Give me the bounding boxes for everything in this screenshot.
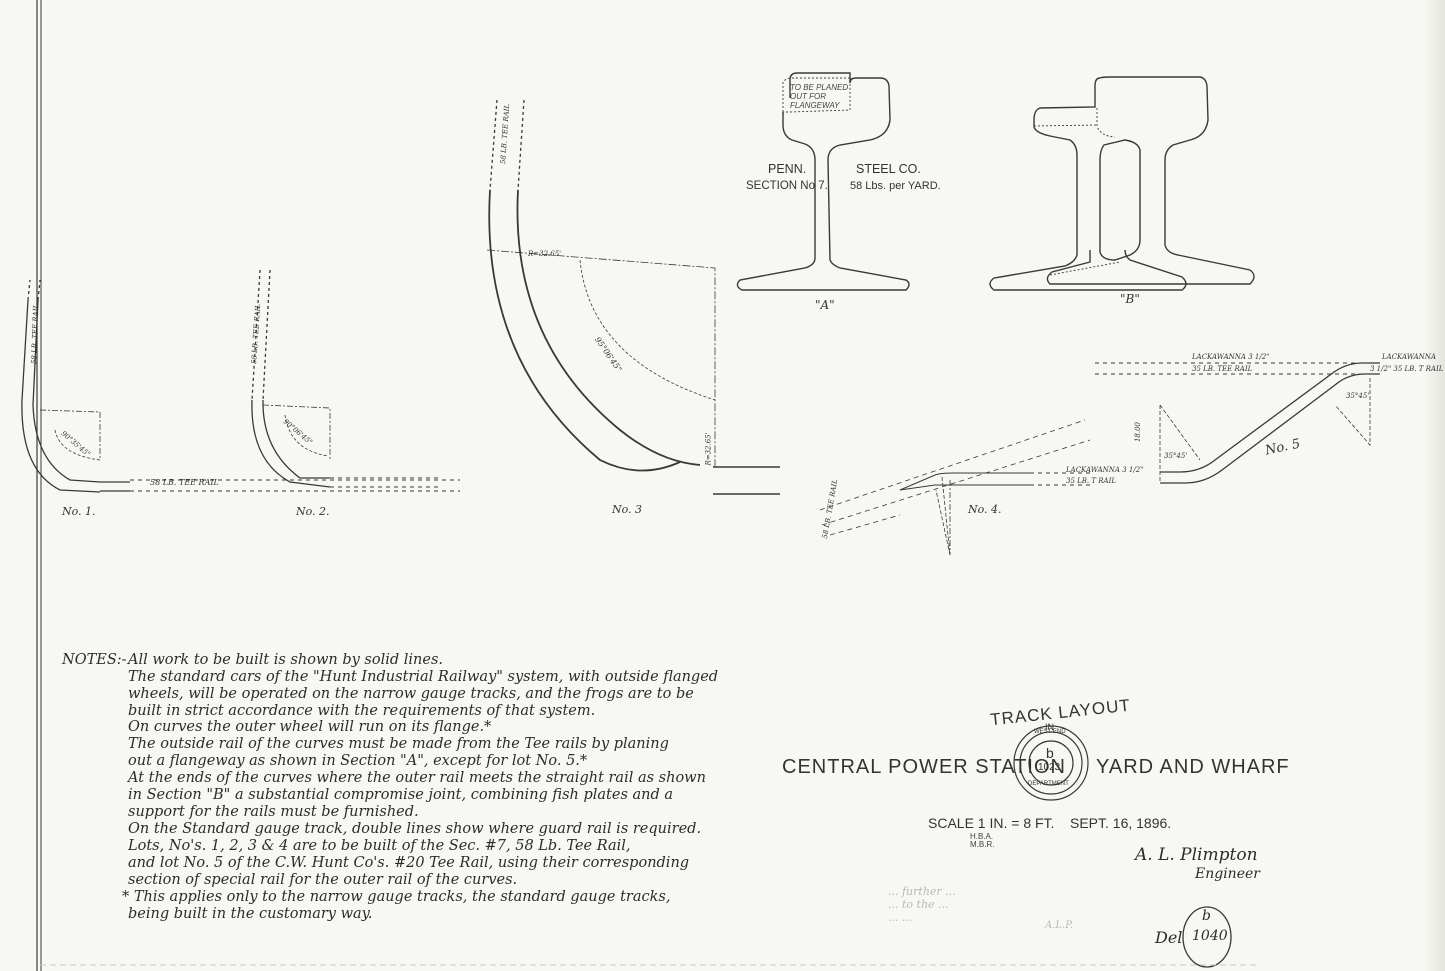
ref-number-top: b (1202, 908, 1211, 924)
stamp-top-text: WEST END (1034, 729, 1066, 735)
layout-no1-rail: 58 LB. TEE RAIL (150, 478, 219, 487)
note-line: At the ends of the curves where the oute… (128, 770, 706, 787)
stamp-bottom-text: DEPARTMENT (1028, 781, 1069, 787)
layout-no4-rail-b: LACKAWANNA 3 1/2" (1066, 466, 1143, 474)
section-a-number: SECTION No 7. (746, 180, 828, 192)
paper-edge (1425, 0, 1445, 971)
layout-no3 (487, 100, 780, 494)
layout-no4-label: No. 4. (968, 503, 1002, 516)
section-a-label: "A" (815, 298, 835, 312)
layout-no5-rail-top2: 35 LB. TEE RAIL (1192, 365, 1252, 373)
layout-no3-radius: R=32.65' (528, 250, 561, 258)
stamp-letter: b (1046, 745, 1054, 761)
note-line: and lot No. 5 of the C.W. Hunt Co's. #20… (128, 855, 689, 872)
note-line: All work to be built is shown by solid l… (128, 652, 443, 669)
note-line: On the Standard gauge track, double line… (128, 821, 701, 838)
initials-2: M.B.R. (970, 840, 994, 849)
stamp-number: 1023 (1038, 762, 1060, 773)
scale-text: SCALE 1 IN. = 8 FT. (928, 815, 1054, 831)
signature: A. L. Plimpton (1135, 845, 1258, 865)
note-line: * This applies only to the narrow gauge … (122, 889, 670, 906)
layout-no3-label: No. 3 (612, 503, 642, 516)
section-a-penn: PENN. (768, 162, 806, 176)
layout-no5-rail-right1: LACKAWANNA (1382, 353, 1436, 361)
note-line: built in strict accordance with the requ… (128, 703, 595, 720)
note-line: in Section "B" a substantial compromise … (128, 787, 673, 804)
layout-no1-label: No. 1. (62, 505, 96, 518)
layout-no5-rail-top1: LACKAWANNA 3 1/2" (1192, 353, 1269, 361)
note-line: Lots, No's. 1, 2, 3 & 4 are to be built … (128, 838, 631, 855)
title-central-power-station: CENTRAL POWER STATION (782, 756, 1066, 779)
faint-initials: A.L.P. (1045, 920, 1073, 931)
note-line: support for the rails must be furnished. (128, 804, 419, 821)
note-line: being built in the customary way. (128, 906, 373, 923)
ref-number-bottom: 1040 (1192, 928, 1228, 944)
section-a-steelco: STEEL CO. (856, 162, 921, 176)
layout-no5-angle-a: 35°45' (1164, 452, 1187, 460)
planed-note: TO BE PLANED OUT FOR FLANGEWAY (790, 83, 848, 110)
faint-annotation: ... further ... ... to the ... ... ... (888, 885, 956, 924)
layout-no5-rail-right2: 3 1/2" 35 LB. T RAIL (1370, 365, 1443, 373)
layout-no4-rail-c: 35 LB. T RAIL (1066, 477, 1116, 485)
note-line: out a flangeway as shown in Section "A",… (128, 753, 587, 770)
layout-no5-dim: 18.00 (1134, 422, 1142, 442)
section-a-weight: 58 Lbs. per YARD. (850, 180, 941, 192)
layout-no4 (820, 420, 1090, 555)
note-line: wheels, will be operated on the narrow g… (128, 686, 694, 703)
layout-no1 (22, 280, 460, 492)
layout-no2 (252, 270, 440, 487)
note-line: The outside rail of the curves must be m… (128, 736, 669, 753)
ref-prefix: Del (1155, 928, 1182, 947)
note-line: section of special rail for the outer ra… (128, 872, 517, 889)
note-line: On curves the outer wheel will run on it… (128, 719, 491, 736)
signature-title: Engineer (1195, 866, 1260, 882)
section-b-label: "B" (1120, 292, 1140, 306)
title-yard-and-wharf: YARD AND WHARF (1096, 756, 1290, 779)
layout-no5-angle-b: 35°45' (1346, 392, 1369, 400)
date-text: SEPT. 16, 1896. (1070, 815, 1171, 831)
notes-lead: NOTES:- (62, 652, 127, 669)
layout-no3-radius2: R=32.65' (705, 432, 713, 465)
note-line: The standard cars of the "Hunt Industria… (128, 669, 718, 686)
rail-section-b (990, 77, 1254, 290)
layout-no2-label: No. 2. (296, 505, 330, 518)
